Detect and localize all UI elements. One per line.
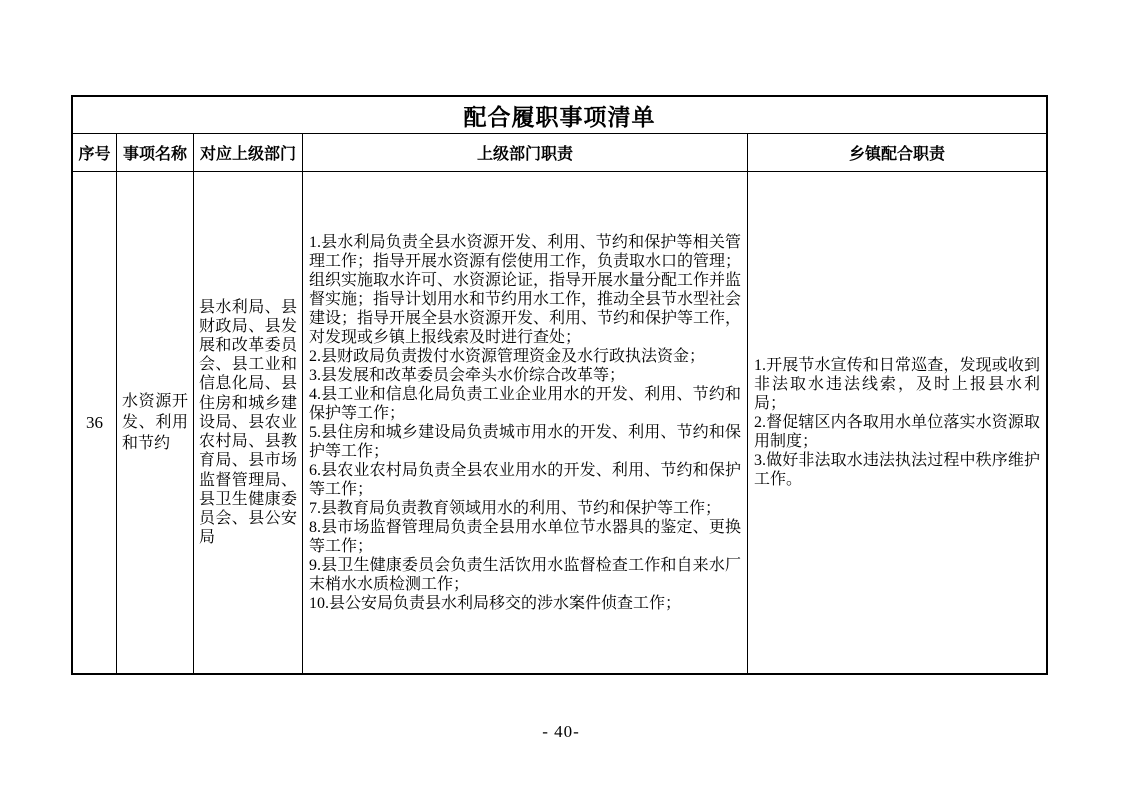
superior-duty-item: 5.县住房和城乡建设局负责城市用水的开发、利用、节约和保护等工作； [309,423,741,461]
table-title: 配合履职事项清单 [73,97,1046,134]
cell-superior-departments: 县水利局、县财政局、县发展和改革委员会、县工业和信息化局、县住房和城乡建设局、县… [194,172,303,673]
header-item-name: 事项名称 [117,134,194,171]
header-township-duties: 乡镇配合职责 [748,134,1046,171]
superior-duty-item: 1.县水利局负责全县水资源开发、利用、节约和保护等相关管理工作；指导开展水资源有… [309,233,741,347]
superior-duty-item: 8.县市场监督管理局负责全县用水单位节水器具的鉴定、更换等工作； [309,518,741,556]
cell-township-duties: 1.开展节水宣传和日常巡查，发现或收到非法取水违法线索，及时上报县水利局； 2.… [748,172,1046,673]
township-duty-item: 2.督促辖区内各取用水单位落实水资源取用制度； [754,413,1040,451]
superior-duty-item: 10.县公安局负责县水利局移交的涉水案件侦查工作； [309,594,741,613]
superior-duty-item: 7.县教育局负责教育领域用水的利用、节约和保护等工作； [309,499,741,518]
table-header-row: 序号 事项名称 对应上级部门 上级部门职责 乡镇配合职责 [73,134,1046,172]
cell-superior-duties: 1.县水利局负责全县水资源开发、利用、节约和保护等相关管理工作；指导开展水资源有… [303,172,748,673]
superior-duty-item: 4.县工业和信息化局负责工业企业用水的开发、利用、节约和保护等工作； [309,385,741,423]
compliance-duty-table: 配合履职事项清单 序号 事项名称 对应上级部门 上级部门职责 乡镇配合职责 36… [71,95,1048,675]
table-row: 36 水资源开发、利用和节约 县水利局、县财政局、县发展和改革委员会、县工业和信… [73,172,1046,673]
township-duty-item: 3.做好非法取水违法执法过程中秩序维护工作。 [754,451,1040,489]
superior-duty-item: 6.县农业农村局负责全县农业用水的开发、利用、节约和保护等工作； [309,461,741,499]
superior-duty-item: 2.县财政局负责拨付水资源管理资金及水行政执法资金； [309,347,741,366]
page-number: - 40- [0,722,1122,742]
cell-serial-number: 36 [73,172,117,673]
document-page: 配合履职事项清单 序号 事项名称 对应上级部门 上级部门职责 乡镇配合职责 36… [0,0,1122,793]
superior-duty-item: 9.县卫生健康委员会负责生活饮用水监督检查工作和自来水厂末梢水水质检测工作； [309,556,741,594]
header-serial-number: 序号 [73,134,117,171]
superior-duty-item: 3.县发展和改革委员会牵头水价综合改革等； [309,366,741,385]
header-superior-duties: 上级部门职责 [303,134,748,171]
township-duty-item: 1.开展节水宣传和日常巡查，发现或收到非法取水违法线索，及时上报县水利局； [754,356,1040,413]
header-superior-department: 对应上级部门 [194,134,303,171]
cell-item-name: 水资源开发、利用和节约 [117,172,194,673]
